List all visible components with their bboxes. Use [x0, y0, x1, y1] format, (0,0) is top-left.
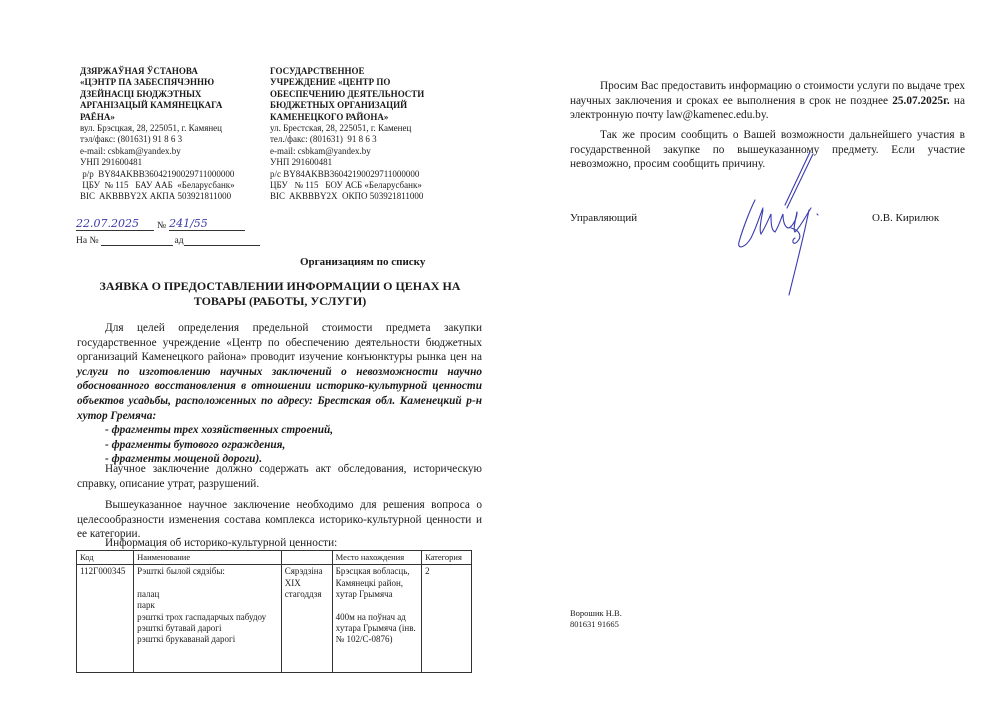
cell-place: Брэсцкая вобласць, Камянецкі район, хута… — [332, 565, 421, 673]
address-be: вул. Брэсцкая, 28, 225051, г. Камянец — [80, 123, 265, 134]
table-row: 112Г000345 Рэшткі былой сядзібы: палац п… — [77, 565, 472, 673]
letterhead-belarusian: ДЗЯРЖАЎНАЯ ЎСТАНОВА «ЦЭНТР ПА ЗАБЕСПЯЧЭН… — [80, 66, 265, 203]
list-item: - фрагменты трех хозяйственных строений, — [105, 423, 482, 438]
unp-ru: УНП 291600481 — [270, 157, 480, 168]
addressee: Организациям по списку — [300, 256, 425, 268]
purpose-emphasis: услуги по изготовлению научных заключени… — [77, 366, 482, 422]
signer-role: Управляющий — [570, 212, 637, 224]
registration-block: 22.07.2025 № 241/55 На № ад — [76, 218, 276, 246]
executor-info: Ворошик Н.В. 801631 91665 — [570, 608, 622, 630]
org-name-line: БЮДЖЕТНЫХ ОРГАНИЗАЦИЙ — [270, 100, 480, 111]
cell-category: 2 — [422, 565, 472, 673]
place-primary: Брэсцкая вобласць, Камянецкі район, хута… — [336, 566, 418, 600]
org-name-line: ДЗЯРЖАЎНАЯ ЎСТАНОВА — [80, 66, 265, 77]
header-name: Наименование — [134, 551, 282, 565]
title-line: ТОВАРЫ (РАБОТЫ, УСЛУГИ) — [80, 294, 480, 309]
name-item: рэшткі брукаванай дарогі — [137, 634, 278, 645]
page-left: ДЗЯРЖАЎНАЯ ЎСТАНОВА «ЦЭНТР ПА ЗАБЕСПЯЧЭН… — [0, 0, 500, 722]
signer-name: О.В. Кирилюк — [872, 212, 939, 224]
bank-ru: ЦБУ № 115 БОУ АСБ «Беларусбанк» — [270, 180, 480, 191]
cell-code: 112Г000345 — [77, 565, 134, 673]
phone-be: тэл/факс: (801631) 91 8 6 3 — [80, 134, 265, 145]
bic-ru: BIC AKBBBY2X ОКПО 503921811000 — [270, 191, 480, 202]
org-name-line: УЧРЕЖДЕНИЕ «ЦЕНТР ПО — [270, 77, 480, 88]
org-name-line: АРГАНІЗАЦЫЙ КАМЯНЕЦКАГА — [80, 100, 265, 111]
fragments-list: - фрагменты трех хозяйственных строений,… — [77, 423, 482, 467]
header-place: Место нахождения — [332, 551, 421, 565]
ref-number-blank — [101, 236, 173, 246]
phone-ru: тел./факс: (801631) 91 8 6 3 — [270, 134, 480, 145]
org-name-line: РАЁНА» — [80, 112, 265, 123]
place-secondary: 400м на поўнач ад хутара Грымяча (інв. №… — [336, 612, 418, 646]
org-name-be: ДЗЯРЖАЎНАЯ ЎСТАНОВА «ЦЭНТР ПА ЗАБЕСПЯЧЭН… — [80, 66, 265, 123]
ref-label: На № — [76, 236, 99, 246]
number-label: № — [157, 221, 166, 231]
org-name-ru: ГОСУДАРСТВЕННОЕ УЧРЕЖДЕНИЕ «ЦЕНТР ПО ОБЕ… — [270, 66, 480, 123]
handwritten-signature-icon — [725, 150, 845, 300]
name-item: рэшткі бутавай дарогі — [137, 623, 278, 634]
deadline-date: 25.07.2025г. — [892, 95, 950, 107]
name-item: парк — [137, 600, 278, 611]
table-caption: Информация об историко-культурной ценнос… — [77, 536, 482, 551]
name-title: Рэшткі былой сядзібы: — [137, 566, 278, 577]
executor-phone: 801631 91665 — [570, 619, 622, 630]
purpose-text: Для целей определения предельной стоимос… — [77, 322, 482, 363]
account-be: р/р BY84AKBB36042190029711000000 — [80, 169, 265, 180]
cell-name: Рэшткі былой сядзібы: палац парк рэшткі … — [134, 565, 282, 673]
org-name-line: ОБЕСПЕЧЕНИЮ ДЕЯТЕЛЬНОСТИ — [270, 89, 480, 100]
list-item: - фрагменты бутового ограждения, — [105, 438, 482, 453]
header-category: Категория — [422, 551, 472, 565]
bic-be: BIC AKBBBY2X АКПА 503921811000 — [80, 191, 265, 202]
email-ru: e-mail: csbkam@yandex.by — [270, 146, 480, 157]
name-item: рэшткі трох гаспадарчых пабудоу — [137, 612, 278, 623]
org-name-line: КАМЕНЕЦКОГО РАЙОНА» — [270, 112, 480, 123]
title-line: ЗАЯВКА О ПРЕДОСТАВЛЕНИИ ИНФОРМАЦИИ О ЦЕН… — [80, 279, 480, 294]
header-period — [281, 551, 332, 565]
org-name-line: ГОСУДАРСТВЕННОЕ — [270, 66, 480, 77]
ref-date-blank — [184, 236, 260, 246]
name-item: палац — [137, 589, 278, 600]
email-be: e-mail: csbkam@yandex.by — [80, 146, 265, 157]
caption-text: Информация об историко-культурной ценнос… — [105, 537, 337, 549]
ref-from-label: ад — [175, 236, 184, 246]
heritage-table: Код Наименование Место нахождения Катего… — [76, 550, 472, 673]
contents-text: Научное заключение должно содержать акт … — [77, 463, 482, 490]
cell-period: Сярэдзіна XIX стагоддзя — [281, 565, 332, 673]
necessity-text: Вышеуказанное научное заключение необход… — [77, 499, 482, 540]
paragraph-contents: Научное заключение должно содержать акт … — [77, 462, 482, 491]
address-ru: ул. Брестская, 28, 225051, г. Каменец — [270, 123, 480, 134]
bank-be: ЦБУ № 115 БАУ ААБ «Беларусбанк» — [80, 180, 265, 191]
account-ru: р/с BY84AKBB36042190029711000000 — [270, 169, 480, 180]
paragraph-purpose: Для целей определения предельной стоимос… — [77, 321, 482, 467]
document-title: ЗАЯВКА О ПРЕДОСТАВЛЕНИИ ИНФОРМАЦИИ О ЦЕН… — [80, 279, 480, 309]
header-code: Код — [77, 551, 134, 565]
letterhead-russian: ГОСУДАРСТВЕННОЕ УЧРЕЖДЕНИЕ «ЦЕНТР ПО ОБЕ… — [270, 66, 480, 203]
outgoing-number: 241/55 — [169, 217, 245, 231]
executor-name: Ворошик Н.В. — [570, 608, 622, 619]
table-header-row: Код Наименование Место нахождения Катего… — [77, 551, 472, 565]
org-name-line: «ЦЭНТР ПА ЗАБЕСПЯЧЭННЮ — [80, 77, 265, 88]
unp-be: УНП 291600481 — [80, 157, 265, 168]
org-name-line: ДЗЕЙНАСЦІ БЮДЖЭТНЫХ — [80, 89, 265, 100]
paragraph-request: Просим Вас предоставить информацию о сто… — [570, 79, 965, 123]
outgoing-date: 22.07.2025 — [76, 217, 154, 231]
